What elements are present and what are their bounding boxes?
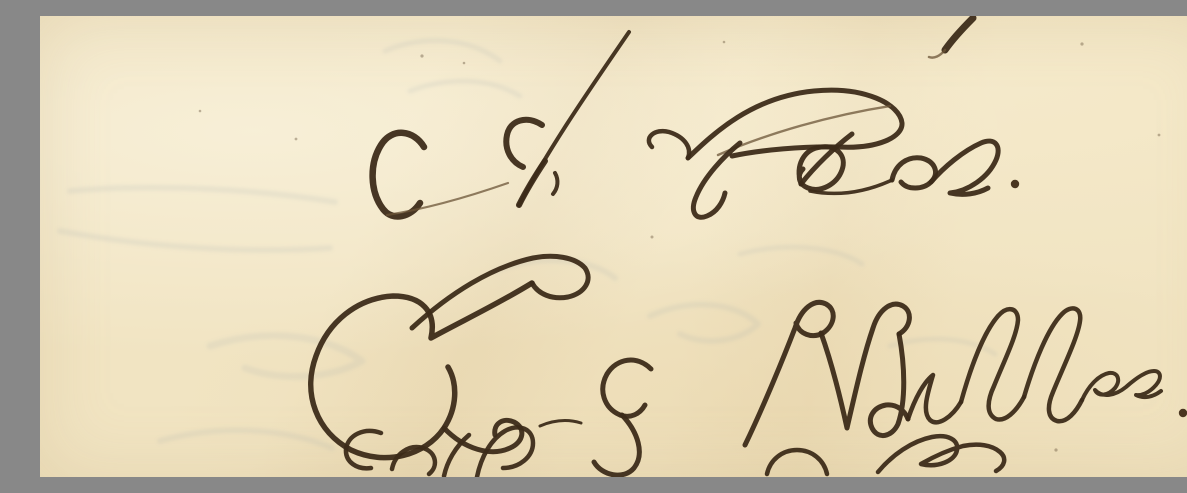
ghost-stroke — [210, 336, 362, 377]
speck — [651, 236, 654, 239]
letter-stroke — [412, 256, 588, 328]
letter-stroke — [649, 131, 689, 158]
letter-stroke — [931, 141, 998, 194]
ghost-stroke — [70, 188, 335, 202]
letter-stroke — [373, 133, 424, 217]
period-dot — [1179, 409, 1187, 417]
manuscript-scan: A. Bos. J. Muller. (third signature, cut… — [40, 16, 1187, 477]
ghost-stroke — [740, 247, 862, 264]
period-dot — [1011, 180, 1019, 188]
letter-stroke — [908, 375, 961, 422]
letter-stroke — [767, 450, 827, 474]
speck — [199, 110, 202, 113]
speck — [295, 138, 298, 141]
letter-stroke — [506, 120, 542, 167]
scan-image — [40, 16, 1187, 477]
speck — [723, 41, 726, 44]
letter-stroke — [799, 147, 843, 190]
letter-stroke — [1024, 308, 1082, 421]
paper-specks — [199, 41, 1161, 452]
speck — [1158, 134, 1161, 137]
letter-stroke — [1082, 371, 1161, 400]
ghost-stroke — [60, 231, 330, 250]
speck — [1080, 42, 1083, 45]
pen-stroke-from-line-above — [929, 18, 973, 58]
signature-a-bos — [373, 32, 1020, 217]
signature-j-muller — [311, 256, 1187, 475]
stroke — [945, 18, 973, 50]
ghost-stroke — [160, 430, 332, 448]
speck — [420, 54, 423, 57]
letter-stroke — [387, 183, 508, 215]
letter-stroke — [878, 436, 1004, 472]
letter-stroke — [870, 334, 908, 436]
ghost-stroke — [650, 305, 758, 341]
letter-stroke — [540, 421, 581, 426]
speck — [1054, 448, 1057, 451]
letter-stroke — [553, 173, 557, 194]
signature-partial-bottom — [346, 427, 1004, 477]
ghost-stroke — [410, 81, 520, 96]
speck — [463, 62, 466, 65]
letter-stroke — [961, 309, 1024, 419]
stroke — [929, 50, 945, 58]
letter-stroke — [688, 90, 902, 158]
ghost-stroke — [385, 41, 500, 61]
letter-stroke — [594, 415, 639, 475]
letter-stroke — [603, 360, 651, 416]
